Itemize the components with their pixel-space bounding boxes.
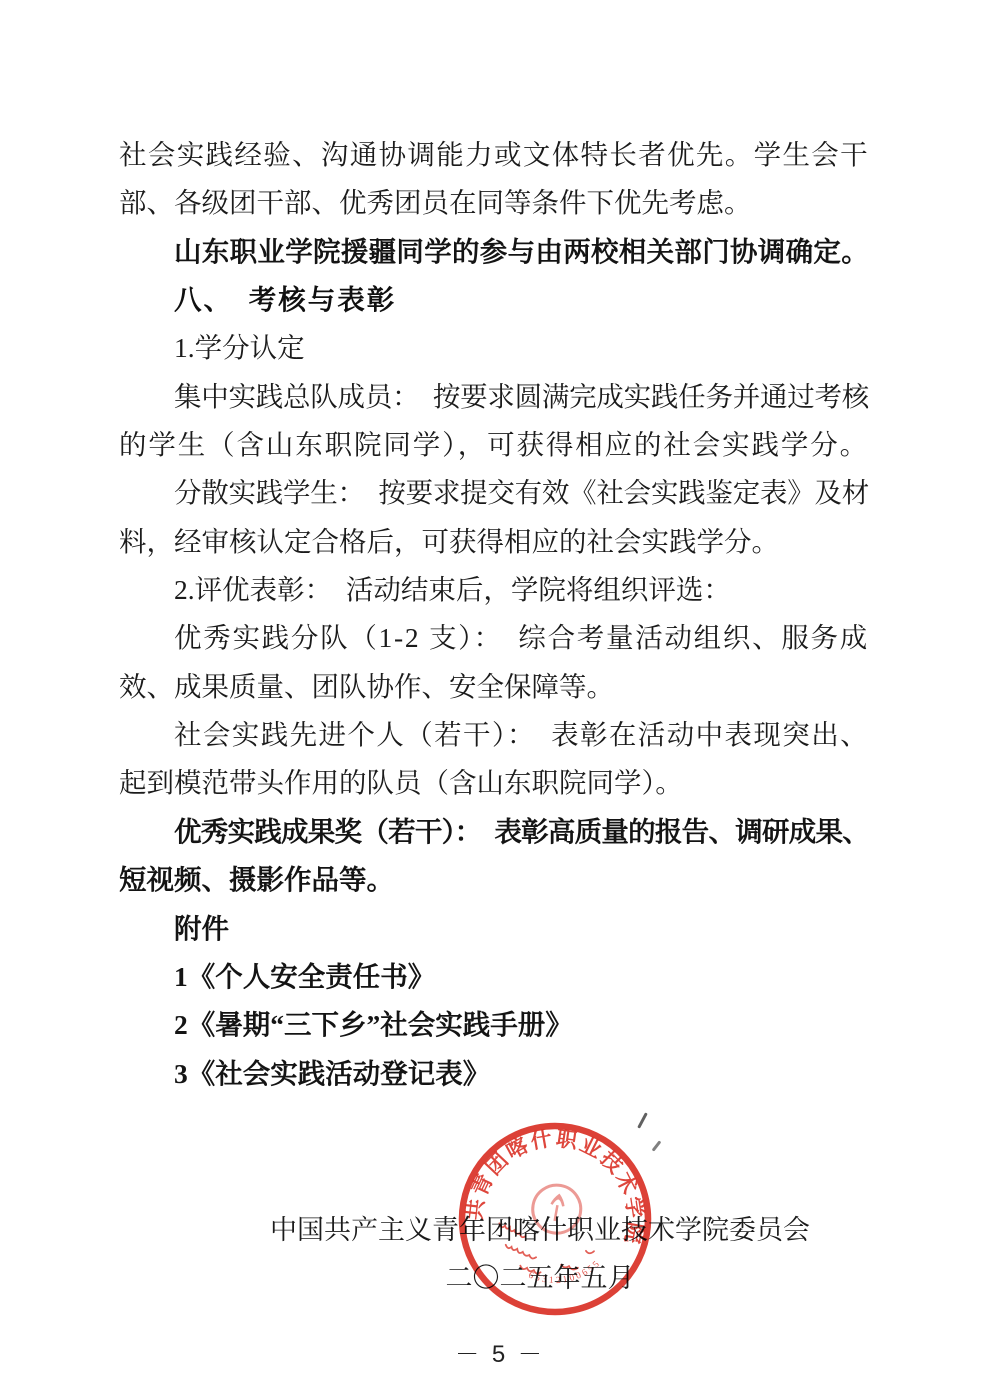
paragraph: 1.学分认定 <box>119 324 871 372</box>
text-line: 起到模范带头作用的队员（含山东职院同学）。 <box>119 759 871 807</box>
document-text: 社会实践经验、沟通协调能力或文体特长者优先。学生会干部、各级团干部、优秀团员在同… <box>119 131 871 1098</box>
text-line: 附件 <box>119 905 871 953</box>
text-line: 1《个人安全责任书》 <box>119 953 871 1001</box>
text-line: 优秀实践成果奖（若干）： 表彰高质量的报告、调研成果、 <box>119 808 871 856</box>
paragraph: 优秀实践分队（1-2 支）： 综合考量活动组织、服务成效、成果质量、团队协作、安… <box>119 614 871 711</box>
paragraph: 2.评优表彰： 活动结束后，学院将组织评选： <box>119 566 871 614</box>
paragraph: 社会实践经验、沟通协调能力或文体特长者优先。学生会干部、各级团干部、优秀团员在同… <box>119 131 871 228</box>
paragraph: 社会实践先进个人（若干）： 表彰在活动中表现突出、起到模范带头作用的队员（含山东… <box>119 711 871 808</box>
paragraph: 优秀实践成果奖（若干）： 表彰高质量的报告、调研成果、短视频、摄影作品等。 <box>119 808 871 905</box>
text-line: 料，经审核认定合格后，可获得相应的社会实践学分。 <box>119 518 871 566</box>
paragraph: 1《个人安全责任书》 <box>119 953 871 1001</box>
paragraph: 3《社会实践活动登记表》 <box>119 1050 871 1098</box>
text-line: 效、成果质量、团队协作、安全保障等。 <box>119 663 871 711</box>
text-line: 1.学分认定 <box>119 324 871 372</box>
text-line: 分散实践学生： 按要求提交有效《社会实践鉴定表》及材 <box>119 469 871 517</box>
paragraph: 山东职业学院援疆同学的参与由两校相关部门协调确定。 <box>119 228 871 276</box>
text-line: 短视频、摄影作品等。 <box>119 856 871 904</box>
text-line: 社会实践经验、沟通协调能力或文体特长者优先。学生会干 <box>119 131 871 179</box>
text-line: 部、各级团干部、优秀团员在同等条件下优先考虑。 <box>119 179 871 227</box>
text-line: 优秀实践分队（1-2 支）： 综合考量活动组织、服务成 <box>119 614 871 662</box>
page-number: － 5 － <box>0 1334 1000 1369</box>
text-line: 八、 考核与表彰 <box>119 276 871 324</box>
text-line: 2.评优表彰： 活动结束后，学院将组织评选： <box>119 566 871 614</box>
paragraph: 附件 <box>119 905 871 953</box>
text-line: 山东职业学院援疆同学的参与由两校相关部门协调确定。 <box>119 228 871 276</box>
text-line: 3《社会实践活动登记表》 <box>119 1050 871 1098</box>
text-line: 2《暑期“三下乡”社会实践手册》 <box>119 1001 871 1049</box>
text-line: 社会实践先进个人（若干）： 表彰在活动中表现突出、 <box>119 711 871 759</box>
official-seal: 共青团喀什职业技术学院 653121006554 <box>432 1096 678 1342</box>
paragraph: 集中实践总队成员： 按要求圆满完成实践任务并通过考核的学生（含山东职院同学），可… <box>119 373 871 470</box>
paragraph: 2《暑期“三下乡”社会实践手册》 <box>119 1001 871 1049</box>
paragraph: 八、 考核与表彰 <box>119 276 871 324</box>
seal-arc-text: 共青团喀什职业技术学院 <box>461 1112 661 1251</box>
text-line: 的学生（含山东职院同学），可获得相应的社会实践学分。 <box>119 421 871 469</box>
paragraph: 分散实践学生： 按要求提交有效《社会实践鉴定表》及材料，经审核认定合格后，可获得… <box>119 469 871 566</box>
text-line: 集中实践总队成员： 按要求圆满完成实践任务并通过考核 <box>119 373 871 421</box>
league-emblem-icon <box>529 1181 585 1237</box>
document-page: 社会实践经验、沟通协调能力或文体特长者优先。学生会干部、各级团干部、优秀团员在同… <box>0 0 1000 1389</box>
